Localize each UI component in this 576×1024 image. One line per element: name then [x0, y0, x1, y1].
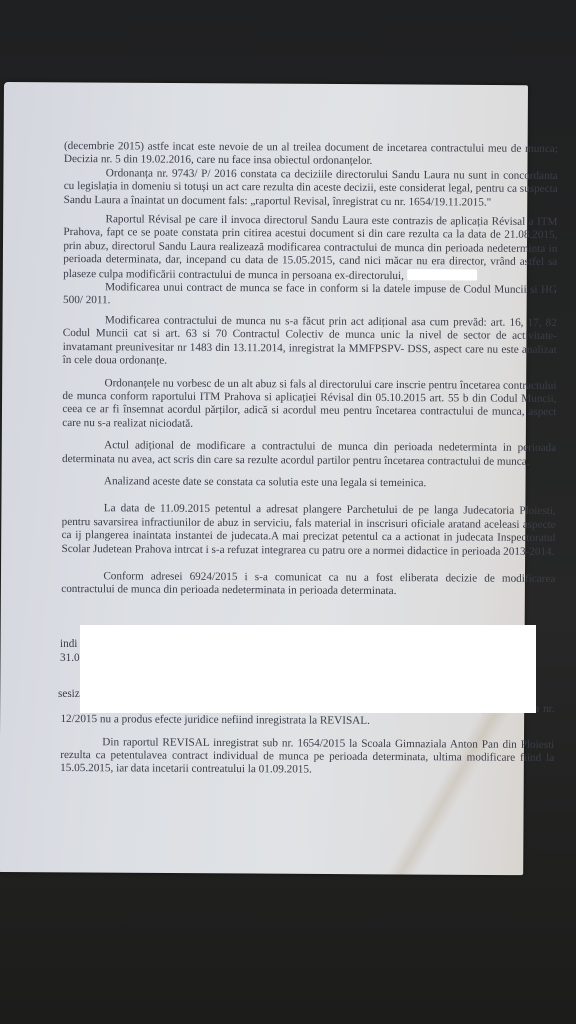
paragraph: Conform adresei 6924/2015 i s-a comunica… [61, 570, 555, 600]
paragraph: Analizand aceste date se constata ca sol… [62, 475, 556, 491]
paragraph: Ordonanțele nu vorbesc de un alt abuz si… [62, 376, 556, 433]
redacted-fragment: sesiz [58, 688, 80, 700]
paragraph: Raportul Révisal pe care il invoca direc… [63, 213, 557, 284]
paragraph: Modificarea contractului de munca nu s-a… [63, 314, 557, 371]
redacted-fragment: indi [60, 638, 77, 650]
redaction-inline [407, 269, 477, 280]
paragraph: Modificarea unui contract de munca se fa… [63, 281, 557, 311]
redaction-box [80, 625, 536, 713]
paragraph: Ordonanța nr. 9743/ P/ 2016 constata ca … [64, 167, 558, 210]
paragraph-text: Raportul Révisal pe care il invoca direc… [63, 213, 557, 281]
redacted-fragment: 31.0 [60, 652, 80, 664]
paragraph: (decembrie 2015) astfe incat este nevoie… [64, 140, 558, 170]
paragraph: Din raportul REVISAL inregistrat sub nr.… [60, 736, 554, 779]
paragraph: La data de 11.09.2015 petentul a adresat… [61, 502, 555, 559]
paragraph: Actul adițional de modificare a contract… [62, 439, 556, 469]
